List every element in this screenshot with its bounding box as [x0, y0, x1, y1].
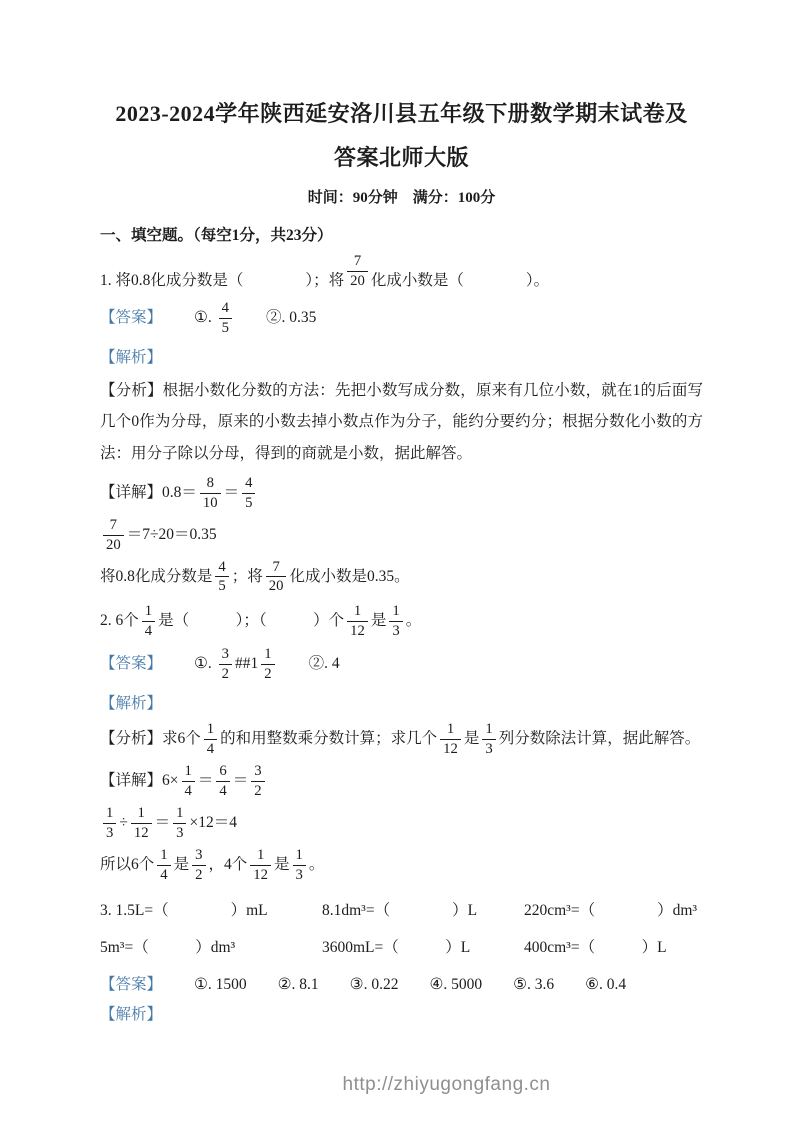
fraction: 112	[347, 603, 368, 640]
question-3-row-1: 3. 1.5L=（ ）mL 8.1dm³=（ ）L 220cm³=（ ）dm³	[100, 898, 703, 920]
answer-label: 【答案】	[100, 309, 162, 326]
question-3-blank-4: 5m³=（ ）dm³	[100, 935, 322, 957]
section-1-heading: 一、填空题。（每空1分，共23分）	[100, 223, 703, 245]
fraction: 14	[157, 847, 170, 884]
fraction: 14	[142, 603, 155, 640]
fraction: 13	[389, 603, 402, 640]
fraction: 32	[219, 646, 232, 683]
question-2-jiexi-row: 【解析】	[100, 691, 703, 713]
exam-time-score-info: 时间：90分钟 满分：100分	[100, 186, 703, 207]
question-3-blank-2: 8.1dm³=（ ）L	[322, 898, 524, 920]
fraction: 32	[192, 847, 205, 884]
fraction: 13	[173, 805, 186, 842]
answer-label: 【答案】	[100, 655, 162, 672]
question-1-jiexi-row: 【解析】	[100, 345, 703, 367]
question-3-blank-1: 3. 1.5L=（ ）mL	[100, 898, 322, 920]
document-content: 2023-2024学年陕西延安洛川县五年级下册数学期末试卷及 答案北师大版 时间…	[0, 0, 793, 1024]
question-2-analysis: 【分析】求6个14的和用整数乘分数计算；求几个112是13列分数除法计算，据此解…	[100, 721, 703, 758]
question-1-detail-line-2: 720＝7÷20＝0.35	[100, 517, 703, 554]
fraction: 14	[204, 721, 217, 758]
question-2-conclusion: 所以6个14是32，4个112是13。	[100, 847, 703, 884]
fraction: 45	[242, 475, 255, 512]
question-3-blank-5: 3600mL=（ ）L	[322, 935, 524, 957]
fraction: 45	[219, 300, 232, 337]
question-2-text: 2. 6个14是（ ）；（ ）个112是13。	[100, 603, 703, 640]
fraction: 720	[103, 517, 124, 554]
jiexi-label: 【解析】	[100, 349, 162, 366]
fraction: 112	[131, 805, 152, 842]
exam-document-page: 2023-2024学年陕西延安洛川县五年级下册数学期末试卷及 答案北师大版 时间…	[0, 0, 793, 1122]
question-1-text: 1. 将0.8化成分数是（ ）；将720化成小数是（ ）。	[100, 253, 703, 294]
question-3-jiexi-row: 【解析】	[100, 1002, 703, 1024]
question-2-answer: ①. 32##112 ②. 4	[194, 655, 340, 672]
jiexi-label: 【解析】	[100, 1006, 162, 1023]
fraction: 720	[266, 559, 287, 596]
fraction: 12	[261, 646, 274, 683]
question-1-detail-line-1: 【详解】0.8＝810＝45	[100, 475, 703, 512]
question-1-analysis: 【分析】根据小数化分数的方法：先把小数写成分数，原来有几位小数，就在1的后面写几…	[100, 375, 703, 470]
question-3-blank-3: 220cm³=（ ）dm³	[524, 898, 703, 920]
fraction: 810	[200, 475, 221, 512]
question-1-conclusion: 将0.8化成分数是45；将720化成小数是0.35。	[100, 559, 703, 596]
fraction: 14	[182, 763, 195, 800]
title-line-2: 答案北师大版	[100, 136, 703, 180]
question-1-answer-row: 【答案】①. 45 ②. 0.35	[100, 300, 703, 337]
fraction: 64	[216, 763, 229, 800]
fraction: 13	[103, 805, 116, 842]
question-2-answer-row: 【答案】①. 32##112 ②. 4	[100, 646, 703, 683]
fraction: 45	[215, 559, 228, 596]
fraction: 112	[440, 721, 461, 758]
jiexi-label: 【解析】	[100, 695, 162, 712]
answer-label: 【答案】	[100, 976, 162, 993]
question-2-detail-line-1: 【详解】6×14＝64＝32	[100, 763, 703, 800]
document-title: 2023-2024学年陕西延安洛川县五年级下册数学期末试卷及 答案北师大版	[100, 92, 703, 180]
question-2-detail-line-2: 13÷112＝13×12＝4	[100, 805, 703, 842]
question-3-answer: ①. 1500 ②. 8.1 ③. 0.22 ④. 5000 ⑤. 3.6 ⑥.…	[194, 976, 626, 993]
page-footer: http://zhiyugongfang.cn	[100, 1074, 793, 1096]
question-3-row-2: 5m³=（ ）dm³ 3600mL=（ ）L 400cm³=（ ）L	[100, 935, 703, 957]
fraction: 32	[251, 763, 264, 800]
footer-link[interactable]: http://zhiyugongfang.cn	[343, 1074, 551, 1095]
fraction: 13	[482, 721, 495, 758]
question-3-blank-6: 400cm³=（ ）L	[524, 935, 703, 957]
question-1-answer: ①. 45 ②. 0.35	[194, 309, 316, 326]
fraction: 720	[347, 253, 368, 290]
fraction: 112	[250, 847, 271, 884]
fraction: 13	[293, 847, 306, 884]
title-line-1: 2023-2024学年陕西延安洛川县五年级下册数学期末试卷及	[100, 92, 703, 136]
question-3-answer-row: 【答案】①. 1500 ②. 8.1 ③. 0.22 ④. 5000 ⑤. 3.…	[100, 972, 703, 994]
